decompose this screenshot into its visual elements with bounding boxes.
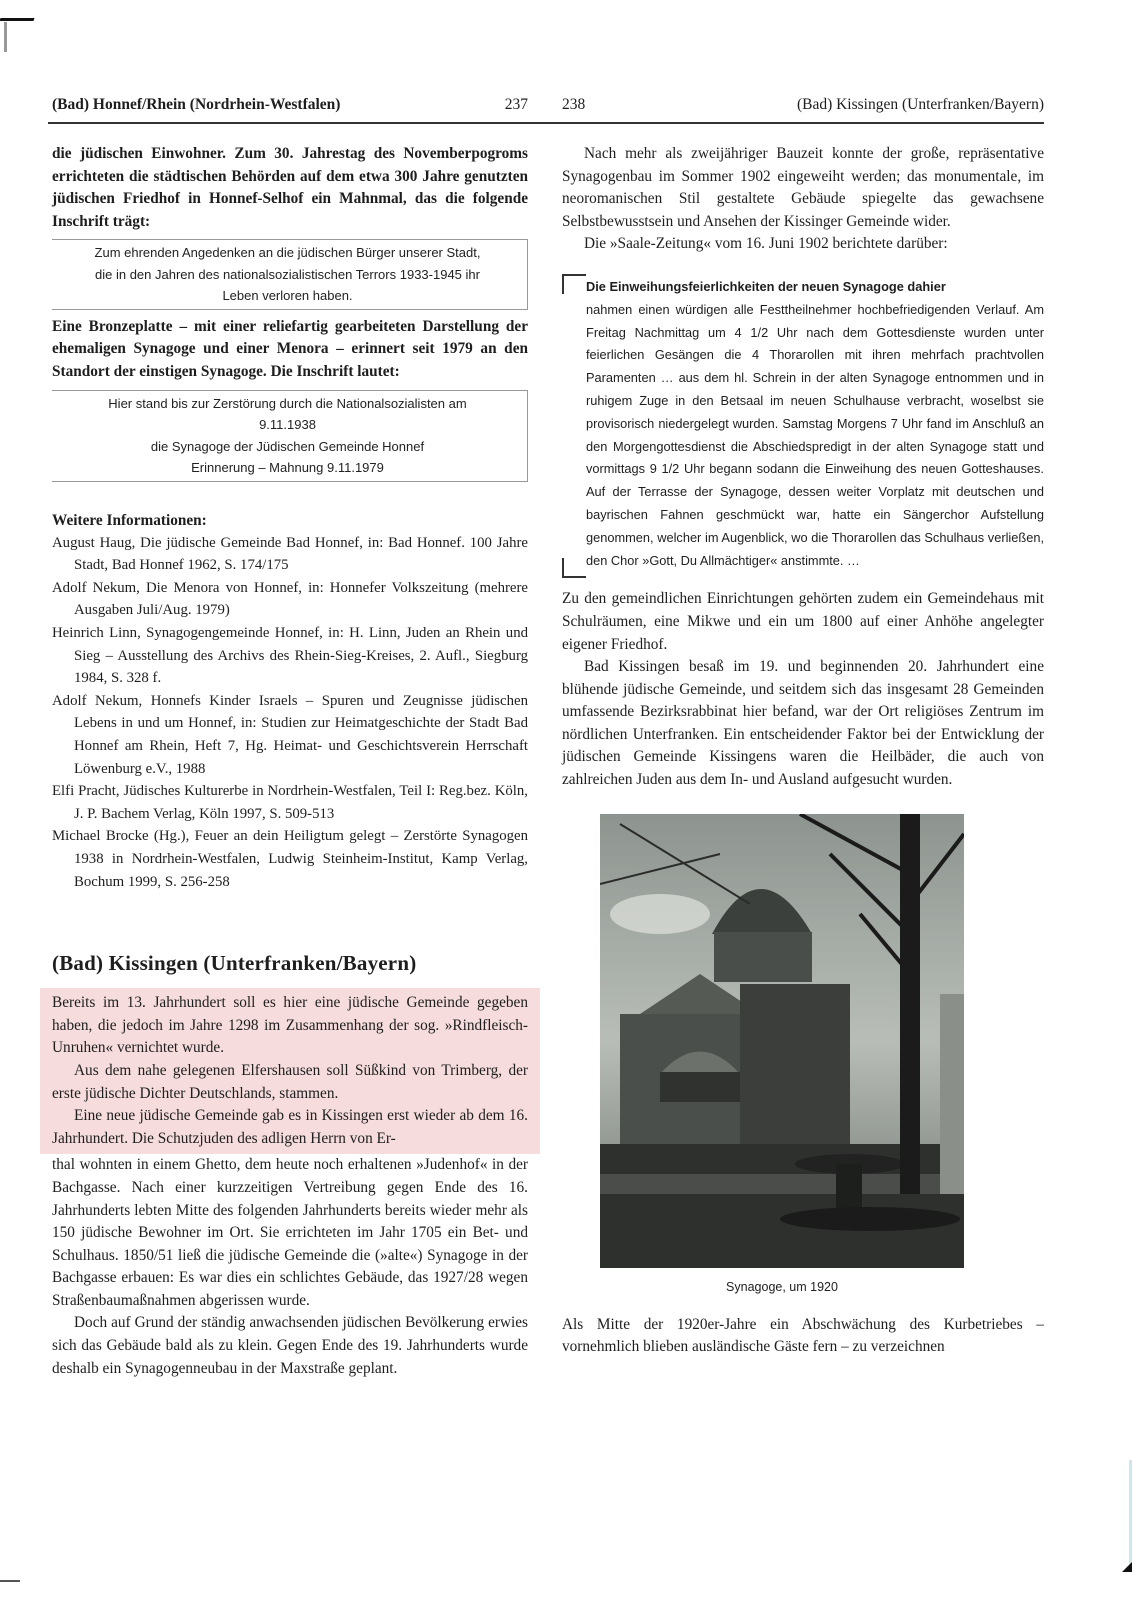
quote-bracket-close <box>562 558 586 578</box>
page-number: 238 <box>562 96 585 114</box>
running-head-title: (Bad) Honnef/Rhein (Nordrhein-Westfalen) <box>52 96 340 114</box>
crop-mark-bottom-left <box>0 1580 20 1582</box>
inscription-line: Hier stand bis zur Zerstörung durch die … <box>52 393 523 415</box>
inscription-line: 9.11.1938 <box>52 414 523 436</box>
paragraph: Aus dem nahe gelegenen Elfershausen soll… <box>52 1060 528 1105</box>
reference-item: Adolf Nekum, Die Menora von Honnef, in: … <box>52 577 528 622</box>
left-column: die jüdischen Einwohner. Zum 30. Jahrest… <box>52 143 528 1380</box>
header-rule <box>48 122 1044 124</box>
page-edge-shadow <box>4 22 7 52</box>
bronze-plate-paragraph: Eine Bronzeplatte – mit einer reliefarti… <box>52 316 528 384</box>
paragraph: Eine neue jüdische Gemeinde gab es in Ki… <box>52 1105 528 1150</box>
page-number: 237 <box>505 96 528 114</box>
figure-caption: Synagoge, um 1920 <box>600 1280 964 1294</box>
crop-mark-bottom-right <box>1122 1562 1132 1572</box>
inscription-box-plaque: Hier stand bis zur Zerstörung durch die … <box>52 390 528 482</box>
paragraph: Die »Saale-Zeitung« vom 16. Juni 1902 be… <box>562 233 1044 256</box>
right-column: Nach mehr als zweijähriger Bauzeit konnt… <box>562 143 1044 1359</box>
newspaper-quote: Die Einweihungsfeierlichkeiten der neuen… <box>562 276 1044 572</box>
reference-item: August Haug, Die jüdische Gemeinde Bad H… <box>52 532 528 577</box>
highlighted-passage: Bereits im 13. Jahrhundert soll es hier … <box>40 988 540 1154</box>
paragraph: Bad Kissingen besaß im 19. und beginnend… <box>562 656 1044 792</box>
quote-text: nahmen einen würdigen alle Festtheilnehm… <box>586 299 1044 573</box>
section-title: (Bad) Kissingen (Unterfranken/Bayern) <box>52 951 528 976</box>
quote-bracket-open <box>562 274 586 294</box>
paragraph: Zu den gemeindlichen Einrichtungen gehör… <box>562 588 1044 656</box>
inscription-line: Leben verloren haben. <box>52 285 523 307</box>
inscription-line: die Synagoge der Jüdischen Gemeinde Honn… <box>52 436 523 458</box>
inscription-line: Erinnerung – Mahnung 9.11.1979 <box>52 457 523 479</box>
reference-item: Heinrich Linn, Synagogengemeinde Honnef,… <box>52 622 528 690</box>
quote-heading: Die Einweihungsfeierlichkeiten der neuen… <box>586 276 1044 299</box>
figure: Synagoge, um 1920 <box>600 814 964 1294</box>
inscription-line: Zum ehrenden Angedenken an die jüdischen… <box>52 242 523 264</box>
intro-paragraph: die jüdischen Einwohner. Zum 30. Jahrest… <box>52 143 528 233</box>
inscription-box-memorial: Zum ehrenden Angedenken an die jüdischen… <box>52 239 528 310</box>
running-head-title: (Bad) Kissingen (Unterfranken/Bayern) <box>797 96 1044 114</box>
crop-mark-top-left <box>0 18 35 21</box>
reference-item: Adolf Nekum, Honnefs Kinder Israels – Sp… <box>52 690 528 780</box>
reference-item: Elfi Pracht, Jüdisches Kulturerbe in Nor… <box>52 780 528 825</box>
inscription-line: die in den Jahren des nationalsozialisti… <box>52 264 523 286</box>
paragraph: Doch auf Grund der ständig anwachsenden … <box>52 1312 528 1380</box>
reference-item: Michael Brocke (Hg.), Feuer an dein Heil… <box>52 825 528 893</box>
running-head-left: (Bad) Honnef/Rhein (Nordrhein-Westfalen)… <box>52 96 528 120</box>
paragraph: thal wohnten in einem Ghetto, dem heute … <box>52 1154 528 1312</box>
synagogue-photo <box>600 814 964 1268</box>
running-head-right: 238 (Bad) Kissingen (Unterfranken/Bayern… <box>562 96 1044 120</box>
paragraph: Bereits im 13. Jahrhundert soll es hier … <box>52 992 528 1060</box>
references-heading: Weitere Informationen: <box>52 510 528 532</box>
paragraph: Nach mehr als zweijähriger Bauzeit konnt… <box>562 143 1044 233</box>
paragraph: Als Mitte der 1920er-Jahre ein Abschwäch… <box>562 1314 1044 1359</box>
